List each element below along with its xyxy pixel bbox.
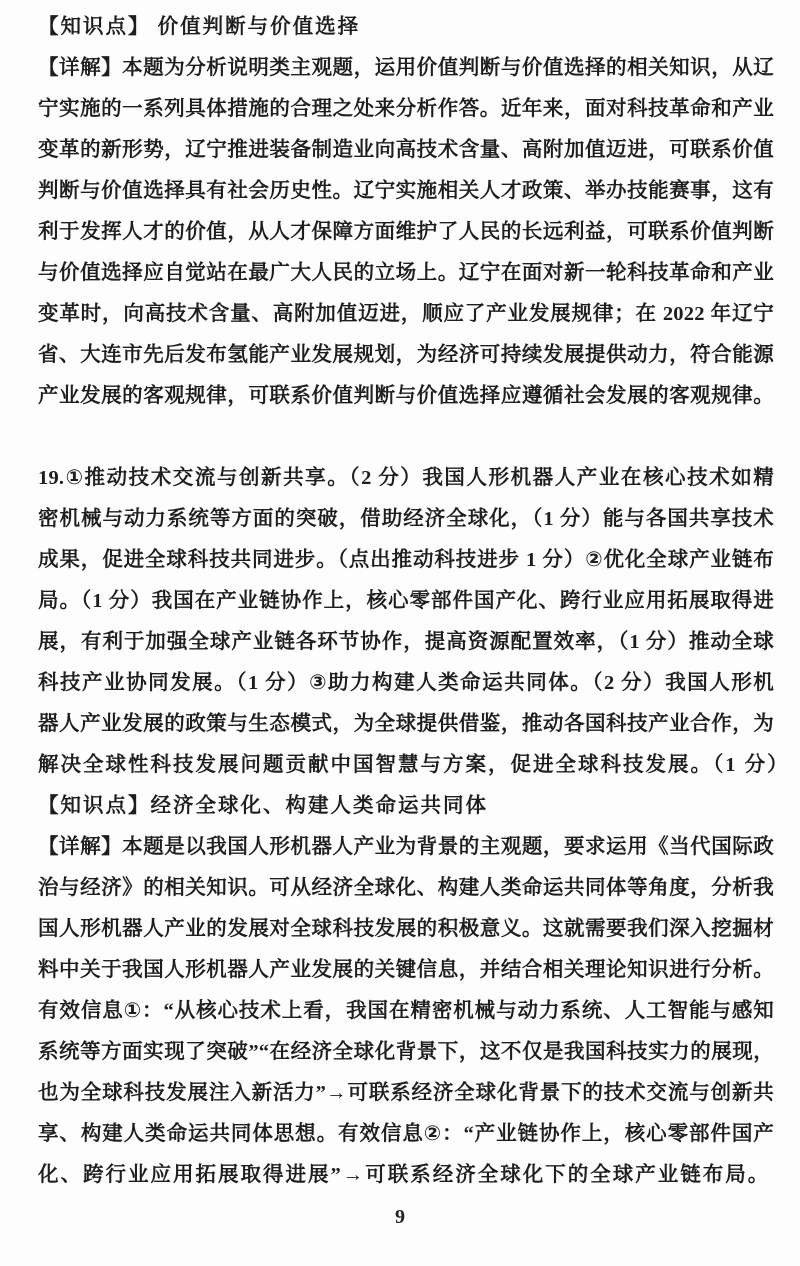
text-line: 治与经济》的相关知识。可从经济全球化、构建人类命运共同体等角度，分析我: [38, 868, 774, 909]
knowledge-point-heading-1: 【知识点】 价值判断与价值选择: [38, 7, 774, 48]
paragraph-gap: [38, 417, 774, 458]
text-line: 产业发展的客观规律，可联系价值判断与价值选择应遵循社会发展的客观规律。: [38, 376, 774, 417]
text-line: 科技产业协同发展。（1 分）③助力构建人类命运共同体。（2 分）我国人形机: [38, 663, 774, 704]
text-line: 展，有利于加强全球产业链各环节协作，提高资源配置效率，（1 分）推动全球: [38, 622, 774, 663]
knowledge-point-heading-2: 【知识点】经济全球化、构建人类命运共同体: [38, 786, 774, 827]
text-line: 也为全球科技发展注入新活力”→可联系经济全球化背景下的技术交流与创新共: [38, 1073, 774, 1114]
text-line: 变革的新形势，辽宁推进装备制造业向高技术含量、高附加值迈进，可联系价值: [38, 130, 774, 171]
text-line: 【详解】本题是以我国人形机器人产业为背景的主观题，要求运用《当代国际政: [38, 827, 774, 868]
text-line: 国人形机器人产业的发展对全球科技发展的积极意义。这就需要我们深入挖掘材: [38, 909, 774, 950]
text-line: 有效信息①：“从核心技术上看，我国在精密机械与动力系统、人工智能与感知: [38, 991, 774, 1032]
document-page: 【知识点】 价值判断与价值选择 【详解】本题为分析说明类主观题，运用价值判断与价…: [0, 0, 800, 1266]
document-content: 【知识点】 价值判断与价值选择 【详解】本题为分析说明类主观题，运用价值判断与价…: [0, 0, 800, 1196]
text-line: 宁实施的一系列具体措施的合理之处来分析作答。近年来，面对科技革命和产业: [38, 89, 774, 130]
text-line: 器人产业发展的政策与生态模式，为全球提供借鉴，推动各国科技产业合作，为: [38, 704, 774, 745]
text-line: 系统等方面实现了突破”“在经济全球化背景下，这不仅是我国科技实力的展现，: [38, 1032, 774, 1073]
text-line: 判断与价值选择具有社会历史性。辽宁实施相关人才政策、举办技能赛事，这有: [38, 171, 774, 212]
text-line: 局。（1 分）我国在产业链协作上，核心零部件国产化、跨行业应用拓展取得进: [38, 581, 774, 622]
text-line: 解决全球性科技发展问题贡献中国智慧与方案，促进全球科技发展。（1 分）: [38, 745, 774, 786]
answer-19-line: 19.①推动技术交流与创新共享。（2 分）我国人形机器人产业在核心技术如精: [38, 458, 774, 499]
text-line: 变革时，向高技术含量、高附加值迈进，顺应了产业发展规律；在 2022 年辽宁: [38, 294, 774, 335]
text-line: 利于发挥人才的价值，从人才保障方面维护了人民的长远利益，可联系价值判断: [38, 212, 774, 253]
text-line: 享、构建人类命运共同体思想。有效信息②：“产业链协作上，核心零部件国产: [38, 1114, 774, 1155]
text-line: 化、跨行业应用拓展取得进展”→可联系经济全球化下的全球产业链布局。: [38, 1155, 774, 1196]
page-number: 9: [0, 1206, 800, 1229]
text-line: 密机械与动力系统等方面的突破，借助经济全球化，（1 分）能与各国共享技术: [38, 499, 774, 540]
text-line: 省、大连市先后发布氢能产业发展规划，为经济可持续发展提供动力，符合能源: [38, 335, 774, 376]
text-line: 成果，促进全球科技共同进步。（点出推动科技进步 1 分）②优化全球产业链布: [38, 540, 774, 581]
text-line: 与价值选择应自觉站在最广大人民的立场上。辽宁在面对新一轮科技革命和产业: [38, 253, 774, 294]
text-line: 料中关于我国人形机器人产业发展的关键信息，并结合相关理论知识进行分析。: [38, 950, 774, 991]
text-line: 【详解】本题为分析说明类主观题，运用价值判断与价值选择的相关知识，从辽: [38, 48, 774, 89]
